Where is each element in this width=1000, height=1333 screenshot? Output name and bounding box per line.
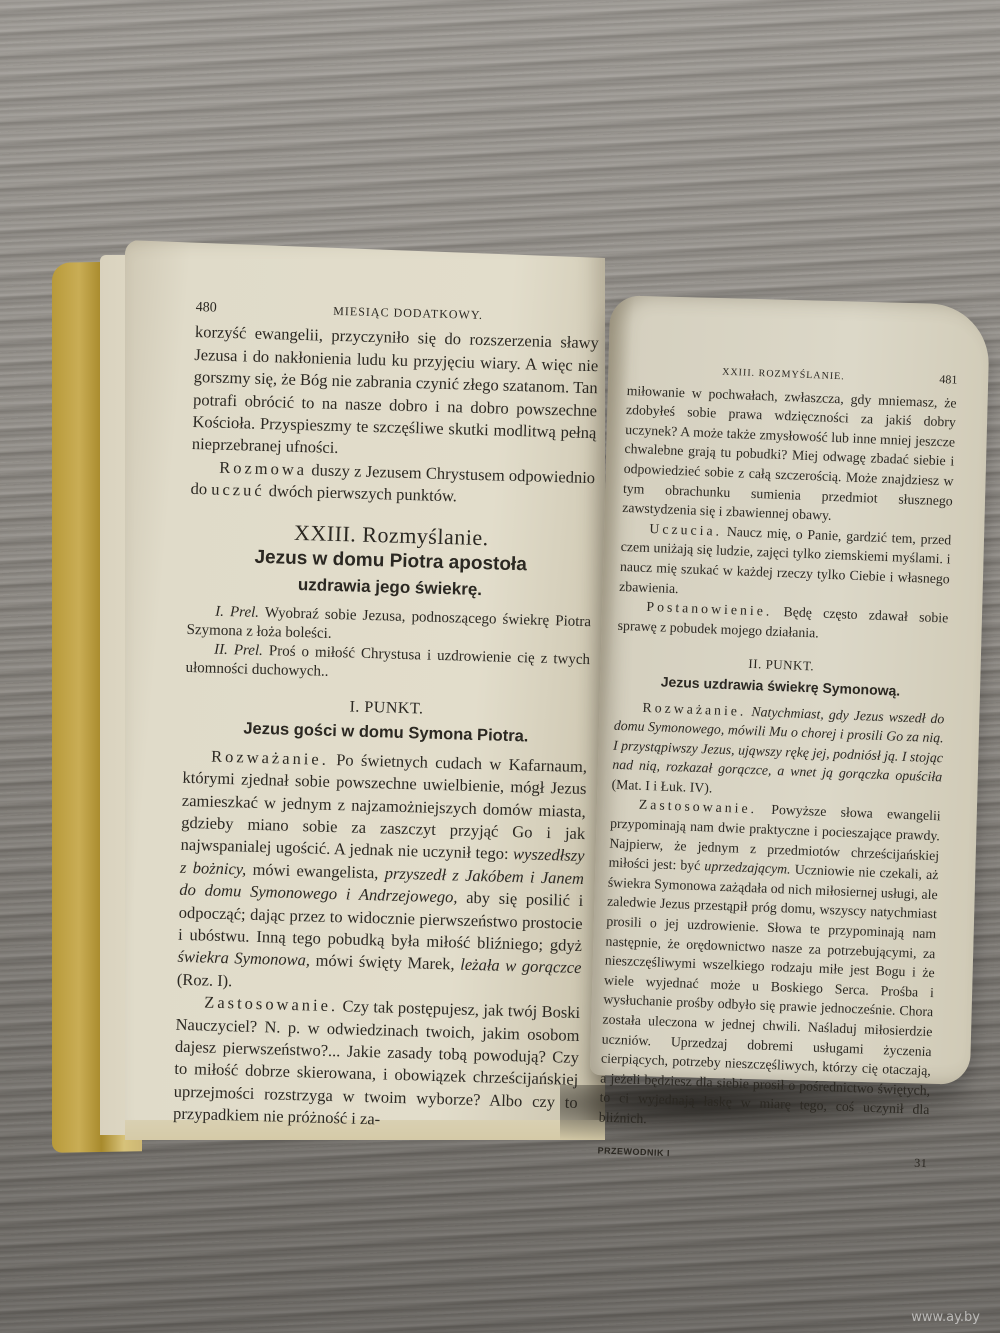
running-head-title-right: XXIII. ROZMYŚLANIE.: [722, 363, 845, 387]
page-number-right: 481: [939, 370, 958, 390]
postanowienie-label: Postanowienie.: [646, 599, 772, 619]
opening-paragraph-right: miłowanie w pochwałach, zwłaszcza, gdy m…: [622, 381, 957, 531]
left-page: 480 MIESIĄC DODATKOWY. korzyść ewangelii…: [173, 296, 600, 1137]
rozwazanie-label: Rozważanie.: [211, 746, 329, 768]
uczucia-paragraph: Uczucia. Naucz mię, o Panie, gardzić tem…: [619, 518, 952, 609]
prelude-1-label: I. Prel.: [215, 604, 259, 621]
opening-paragraph-left: korzyść ewangelii, przyczyniło się do ro…: [192, 321, 600, 467]
zastosowanie-paragraph-left: Zastosowanie. Czy tak postępujesz, jak t…: [173, 991, 581, 1137]
prelude-2-label: II. Prel.: [214, 642, 263, 659]
rozwazanie-paragraph-right: Rozważanie. Natychmiast, gdy Jezus wszed…: [611, 696, 945, 807]
page-number-left: 480: [195, 297, 217, 320]
printer-signature: PRZEWODNIK I 31: [597, 1141, 928, 1173]
watermark: www.ay.by: [911, 1310, 980, 1325]
signature-number: 31: [914, 1153, 928, 1173]
zastosowanie-paragraph-right: Zastosowanie. Powyższe słowa ewangelii p…: [598, 794, 941, 1140]
right-page: XXIII. ROZMYŚLANIE. 481 miłowanie w poch…: [597, 358, 958, 1173]
running-head-title-left: MIESIĄC DODATKOWY.: [333, 300, 483, 327]
zastosowanie-label: Zastosowanie.: [204, 993, 338, 1016]
rozwazanie-paragraph-left: Rozważanie. Po świetnych cudach w Kafarn…: [177, 745, 588, 1003]
rozmowa-label: Rozmowa: [219, 458, 307, 479]
uczucia-label: Uczucia.: [649, 521, 722, 539]
signature-mark: PRZEWODNIK I: [597, 1141, 670, 1163]
uczuc-label: uczuć: [211, 480, 265, 500]
rozwazanie-label-right: Rozważanie.: [642, 699, 746, 718]
open-book: 480 MIESIĄC DODATKOWY. korzyść ewangelii…: [0, 0, 1000, 1333]
zastosowanie-label-right: Zastosowanie.: [639, 797, 758, 817]
